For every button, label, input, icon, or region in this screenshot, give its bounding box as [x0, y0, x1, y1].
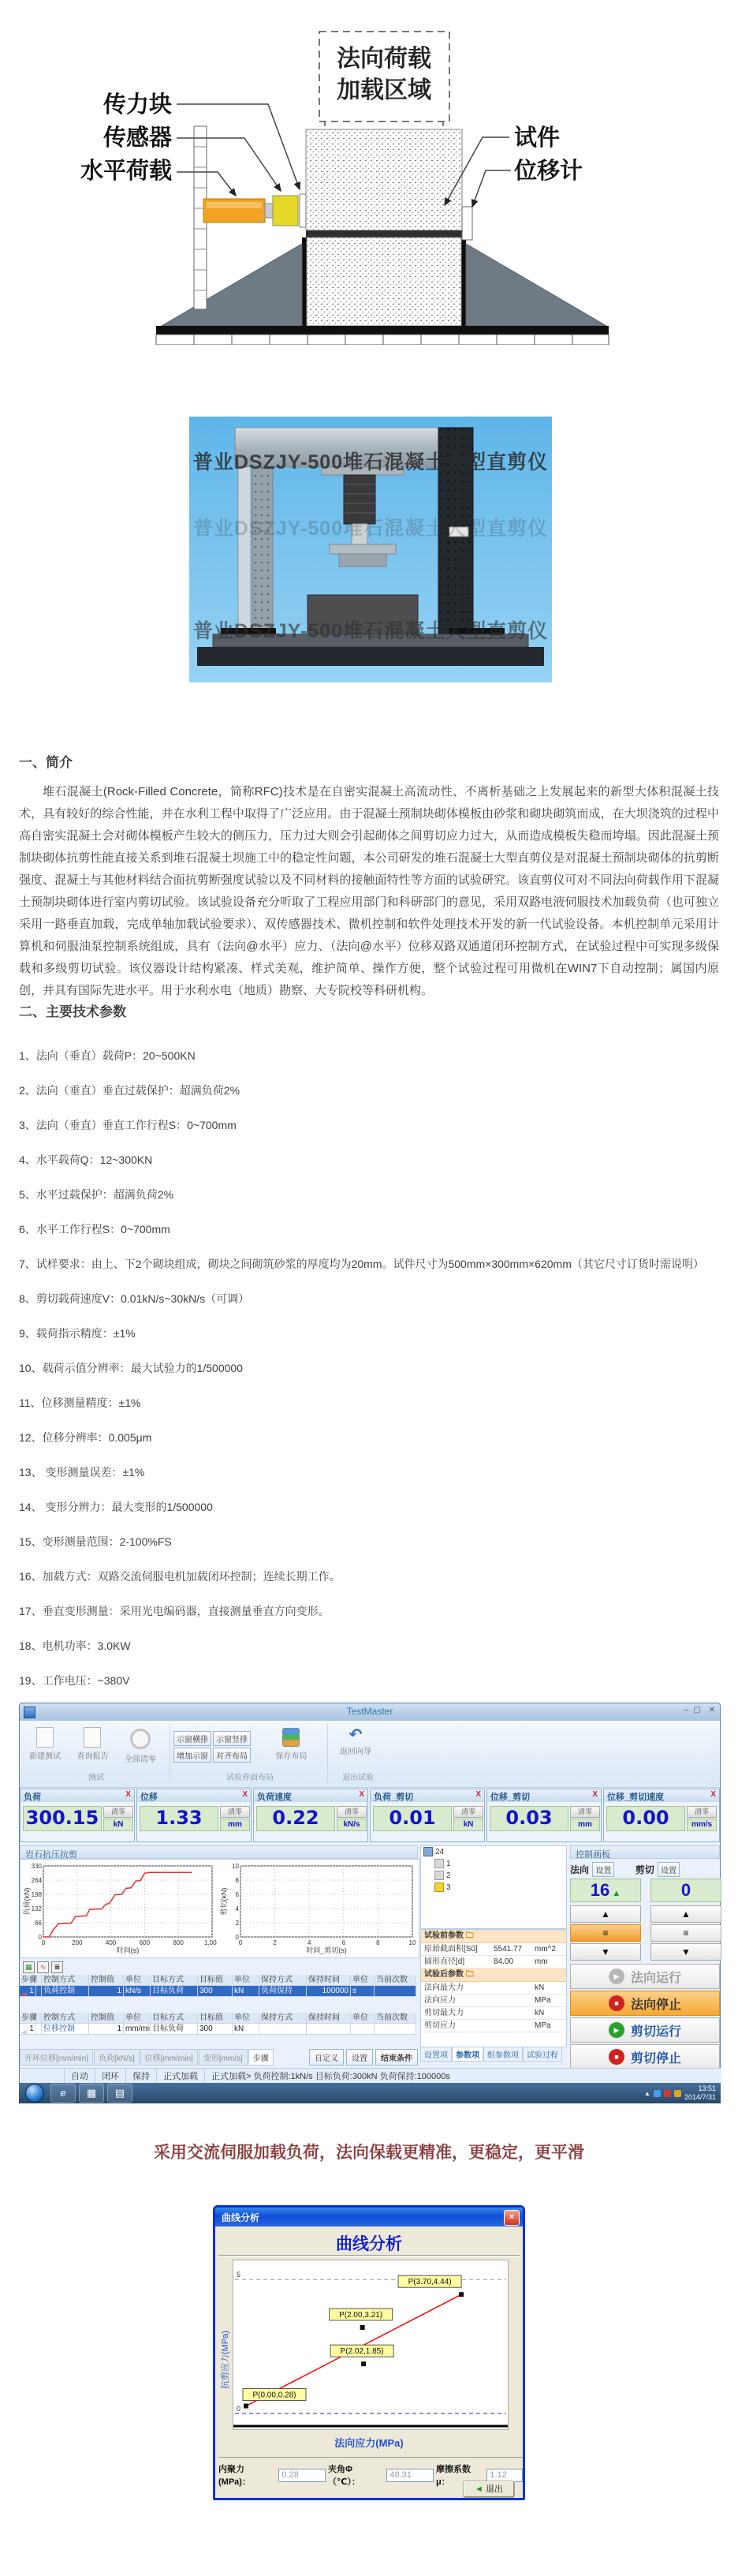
status-mode: 自动 [65, 2069, 95, 2083]
svg-text:66: 66 [35, 1920, 42, 1927]
tree-item-active-icon [434, 1882, 444, 1892]
shear-load-unit: kN [453, 1819, 483, 1831]
shear-load-value: 0.01 [373, 1806, 452, 1831]
right-support-wedge [466, 244, 606, 326]
shear-hold-button[interactable]: ≡ [650, 1924, 721, 1942]
add-window-button[interactable]: 增加示窗 [173, 1748, 211, 1763]
curve-view-icon[interactable]: ∿ [37, 1961, 49, 1973]
shear-displacement-value: 0.03 [490, 1806, 568, 1831]
svg-text:10: 10 [232, 1863, 239, 1870]
shear-step-table-row[interactable]: ➾1位移控制1mm/min目标负荷300kN [20, 2024, 416, 2035]
meter-close-icon[interactable]: X [359, 1790, 364, 1799]
shear-stage-display: 0 [650, 1879, 721, 1902]
tree-item[interactable]: 2 [421, 1870, 566, 1882]
spec-item: 18、电机功率：3.0KW [19, 1628, 729, 1663]
normal-channel-label: 法向 [570, 1864, 589, 1875]
displacement-gauge-device [462, 207, 472, 240]
back-to-wizard-button[interactable]: ↶返回向导 [330, 1724, 381, 1756]
param-tab-strip: 设置项参数项组参数项试验过程 [420, 2047, 565, 2062]
spec-item: 2、法向（垂直）垂直过载保护：超满负荷2% [19, 1073, 729, 1108]
displacement-value: 1.33 [140, 1806, 218, 1831]
tree-item-icon [434, 1871, 444, 1880]
status-bar: 自动 闭环 保持 正式加载 正式加载> 负荷控制:1kN/s 目标负荷:300k… [20, 2068, 721, 2083]
meter-shear-load: 负荷_剪切X 0.01 清零 kN [370, 1789, 485, 1842]
align-layout-button[interactable]: 对齐布局 [213, 1748, 251, 1763]
load-time-chart: 06613219826433002004006008001,000时间(s)负荷… [23, 1861, 217, 1954]
play-icon: ▶ [609, 2022, 624, 2038]
meter-load-speed: 负荷速度X 0.22 清零 kN/s [253, 1789, 368, 1842]
spec-item: 14、 变形分辨力：最大变形的1/500000 [19, 1490, 729, 1524]
step-table-header: 步骤控制方式控制值单位目标方式目标值单位保持方式保持时间单位当前次数 [20, 1975, 416, 1986]
svg-text:4: 4 [307, 1939, 311, 1946]
spec-item: 12、位移分辨率：0.005μm [19, 1420, 729, 1455]
save-layout-icon [282, 1728, 300, 1747]
dialog-titlebar[interactable]: 曲线分析 × [215, 2208, 523, 2226]
normal-up-button[interactable]: ▲ [570, 1905, 641, 1923]
left-support-wedge [162, 244, 302, 326]
base-plate [156, 326, 609, 335]
label-specimen: 试件 [514, 124, 560, 151]
close-button[interactable]: ✕ [709, 1706, 715, 1714]
servo-caption: 采用交流伺服加载负荷，法向保载更精准，更稳定，更平滑 [0, 2140, 738, 2163]
normal-hold-button[interactable]: ≡ [570, 1924, 641, 1942]
meter-close-icon[interactable]: X [592, 1790, 598, 1799]
start-button[interactable] [25, 2084, 44, 2103]
new-test-button[interactable]: 新建测试 [23, 1724, 67, 1761]
shear-time-chart: 02468100246810时间_剪切(s)剪切(kN) [220, 1861, 417, 1954]
spec-item: 17、垂直变形测量：采用光电编码器，直接测量垂直方向变形。 [19, 1594, 729, 1628]
shear-up-button[interactable]: ▲ [650, 1905, 721, 1923]
meter-close-icon[interactable]: X [125, 1790, 131, 1799]
group-label-layout: 试验界面布局 [173, 1770, 327, 1782]
shear-disp-speed-unit: mm/s [687, 1819, 717, 1831]
list-view-icon[interactable]: ≣ [51, 1961, 63, 1973]
step-table-row-selected[interactable]: ➜1负荷控制1kN/s目标负荷300kN负荷保持100000s [20, 1986, 416, 1997]
query-report-button[interactable]: 查询报告 [70, 1724, 114, 1761]
windows-taskbar: e ▦ ▤ ▲ 13:51 2014/7/31 [19, 2083, 721, 2103]
shear-step-table-header: 步骤控制方式控制值单位目标方式目标值单位保持方式保持时间单位当前次数 [20, 2013, 416, 2024]
mortar-joint [306, 230, 462, 237]
param-row[interactable]: 原始截面积[S0]5541.77mm^2 [421, 1943, 566, 1956]
specs-list: 1、法向（垂直）载荷P：20~500KN 2、法向（垂直）垂直过载保护：超满负荷… [19, 1038, 729, 1698]
divider [218, 2255, 520, 2256]
clear-button[interactable]: 清零 [220, 1806, 250, 1818]
shear-run-button[interactable]: ▶剪切运行 [570, 2017, 720, 2043]
x-axis-label: 法向应力(MPa) [215, 2435, 523, 2450]
param-row[interactable]: 圆形直径[d]84.00mm [421, 1956, 566, 1968]
control-panel-title: 控制画板 [570, 1845, 720, 1859]
meter-shear-displacement: 位移_剪切X 0.03 清零 mm [486, 1789, 602, 1842]
svg-text:剪切(kN): 剪切(kN) [220, 1888, 228, 1916]
push-plate [300, 194, 306, 227]
tab-deformation[interactable]: 变形[mm/s] [199, 2049, 248, 2066]
spec-item: 4、水平载荷Q：12~300KN [19, 1142, 729, 1177]
app-task-icon[interactable]: ▦ [79, 2084, 104, 2103]
tree-item[interactable]: 1 [421, 1858, 566, 1870]
normal-stage-display: 16 ▲ [570, 1879, 641, 1902]
normal-run-button[interactable]: ▶法向运行 [570, 1964, 720, 1989]
label-displacement-gauge: 位移计 [514, 158, 583, 184]
grid-view-icon[interactable]: ▦ [23, 1961, 35, 1973]
param-row[interactable]: 法向应力MPa [421, 1995, 566, 2007]
status-hold: 保持 [126, 2069, 157, 2083]
spec-item: 15、变形测量范围：2-100%FS [19, 1524, 729, 1559]
calculator-task-icon[interactable]: ▤ [107, 2084, 132, 2103]
meter-close-icon[interactable]: X [475, 1790, 481, 1799]
play-icon: ▶ [609, 1968, 624, 1984]
windows-horizontal-button[interactable]: 示窗横排 [173, 1731, 211, 1746]
custom-button[interactable]: 自定义 [309, 2049, 344, 2066]
window-title: TestMaster [20, 1706, 720, 1717]
lower-specimen-block [307, 237, 461, 326]
tray-network-icon[interactable] [654, 2090, 661, 2097]
status-loop: 闭环 [95, 2069, 126, 2083]
svg-text:330: 330 [32, 1863, 43, 1870]
spec-item: 7、试样要求：由上、下2个砌块组成，砌块之间砌筑砂浆的厚度均为20mm。试件尺寸… [19, 1247, 729, 1281]
param-row[interactable]: 剪切最大力kN [421, 2007, 566, 2020]
stage-up-icon: ▲ [609, 1889, 621, 1898]
tray-update-icon[interactable] [674, 2090, 681, 2097]
dialog-heading: 曲线分析 [215, 2231, 523, 2255]
angle-input[interactable]: 48.31 [386, 2469, 434, 2482]
upper-specimen-block [306, 129, 462, 230]
svg-text:2: 2 [236, 1920, 240, 1927]
shear-down-button[interactable]: ▼ [650, 1943, 721, 1961]
svg-text:时间_剪切(s): 时间_剪切(s) [306, 1946, 347, 1954]
meter-load: 负荷X 300.15 清零 kN [20, 1789, 135, 1842]
clear-button[interactable]: 清零 [570, 1806, 600, 1818]
tab-displacement[interactable]: 位移[mm/min] [140, 2049, 198, 2066]
windows-vertical-button[interactable]: 示窗竖排 [213, 1731, 251, 1746]
machine-photo: 普业DSZJY-500堆石混凝土大型直剪仪 普业DSZJY-500堆石混凝土大型… [189, 417, 552, 682]
ie-icon[interactable]: e [50, 2084, 76, 2103]
tab-group-params[interactable]: 组参数项 [483, 2047, 523, 2062]
svg-text:0: 0 [237, 2405, 240, 2413]
spec-item: 11、位移测量精度：±1% [19, 1385, 729, 1420]
svg-text:P(2.00,3.21): P(2.00,3.21) [339, 2311, 382, 2320]
svg-text:10: 10 [409, 1939, 416, 1946]
channel-tab-strip: 开环位移[mm/min]负荷[kN/s]位移[mm/min]变形[mm/s]步骤… [20, 2049, 418, 2066]
clear-button[interactable]: 清零 [687, 1806, 717, 1818]
load-sensor-block [273, 196, 298, 226]
tree-item[interactable]: 3 [421, 1882, 566, 1894]
clear-button[interactable]: 清零 [337, 1806, 367, 1818]
spec-item: 5、水平过载保护：超满负荷2% [19, 1177, 729, 1212]
svg-text:1,000: 1,000 [204, 1939, 217, 1946]
status-detail: 正式加载> 负荷控制:1kN/s 目标负荷:300kN 负荷保持:100000s [205, 2069, 457, 2083]
base-rail [156, 335, 609, 345]
schematic-svg: 法向荷载 加载区域 [0, 9, 738, 345]
label-normal-load-line2: 加载区域 [337, 77, 432, 103]
exit-icon: ◄ [475, 2484, 486, 2494]
intro-heading: 一、简介 [19, 751, 73, 771]
svg-text:0: 0 [42, 1939, 46, 1946]
taskbar-clock[interactable]: 13:51 2014/7/31 [684, 2084, 716, 2102]
chart-panel-title: 岩石抗压抗剪 [20, 1845, 418, 1859]
spec-item: 6、水平工作行程S：0~700mm [19, 1212, 729, 1247]
meter-close-icon[interactable]: X [710, 1790, 716, 1799]
back-arrow-icon: ↶ [330, 1725, 381, 1744]
watermark-line-2: 普业DSZJY-500堆石混凝土大型直剪仪 [189, 513, 552, 541]
folder-icon: 🗀 [466, 1970, 474, 1979]
normal-stop-button[interactable]: ■法向停止 [570, 1991, 720, 2016]
cohesion-label: 内聚力(MPa)： [218, 2462, 276, 2488]
tab-open-loop-displacement[interactable]: 开环位移[mm/min] [20, 2049, 93, 2066]
svg-text:600: 600 [140, 1939, 151, 1946]
label-sensor: 传感器 [103, 125, 172, 151]
tray-security-icon[interactable] [664, 2090, 671, 2097]
spec-item: 1、法向（垂直）载荷P：20~500KN [19, 1038, 729, 1073]
ribbon-group-exit: ↶返回向导 退出试验 [330, 1724, 386, 1782]
status-stage: 正式加载 [157, 2069, 205, 2083]
shear-stop-button[interactable]: ■剪切停止 [570, 2044, 720, 2069]
exit-button[interactable]: ◄ 退出 [463, 2481, 515, 2498]
svg-text:8: 8 [236, 1877, 240, 1884]
svg-text:4: 4 [236, 1905, 240, 1912]
new-test-icon [36, 1727, 54, 1748]
spec-item: 16、加载方式：双路交流伺服电机加载闭环控制；连续长期工作。 [19, 1559, 729, 1594]
spec-item: 13、 变形测量误差：±1% [19, 1455, 729, 1490]
dialog-title: 曲线分析 [222, 2211, 259, 2224]
svg-text:时间(s): 时间(s) [117, 1946, 140, 1954]
displacement-unit: mm [220, 1819, 250, 1831]
label-normal-load-line1: 法向荷载 [337, 46, 431, 72]
tab-load[interactable]: 负荷[kN/s] [94, 2049, 140, 2066]
tree-root-icon [423, 1847, 433, 1856]
clear-all-icon [130, 1729, 151, 1749]
normal-setting-button[interactable]: 设置 [592, 1862, 614, 1877]
meter-close-icon[interactable]: X [242, 1790, 248, 1799]
post-test-params-header[interactable]: 试验后参数 🗀 [421, 1968, 566, 1982]
svg-text:6: 6 [342, 1939, 346, 1946]
watermark-line-1: 普业DSZJY-500堆石混凝土大型直剪仪 [189, 447, 552, 475]
friction-input[interactable]: 1.12 [486, 2469, 523, 2482]
tab-test-process[interactable]: 试验过程 [523, 2047, 562, 2062]
clear-button[interactable]: 清零 [453, 1806, 483, 1818]
curve-analysis-dialog: 曲线分析 × 曲线分析 抗剪应力(MPa) 50P(0.00,0.28)P(2.… [213, 2205, 525, 2500]
clear-button[interactable]: 清零 [103, 1806, 133, 1818]
svg-text:P(2.02,1.85): P(2.02,1.85) [341, 2347, 384, 2356]
folder-icon: 🗀 [466, 1931, 474, 1940]
shear-test-schematic: 法向荷载 加载区域 [0, 9, 738, 349]
spec-item: 10、载荷示值分辨率：最大试验力的1/500000 [19, 1351, 729, 1385]
ribbon-group-test: 新建测试 查询报告 全部清零 测试 [23, 1724, 170, 1782]
group-label-test: 测试 [23, 1770, 170, 1782]
svg-text:5: 5 [237, 2271, 240, 2279]
meter-shear-disp-speed: 位移_剪切速度X 0.00 清零 mm/s [603, 1789, 720, 1842]
pre-test-params-header[interactable]: 试验前参数 🗀 [421, 1930, 566, 1943]
product-page: 法向荷载 加载区域 [0, 0, 738, 2576]
param-row[interactable]: 剪切应力MPa [421, 2020, 566, 2032]
shear-channel-label: 剪切 [635, 1864, 654, 1875]
window-titlebar[interactable]: TestMaster – ▢ ✕ [20, 1703, 720, 1722]
group-label-exit: 退出试验 [330, 1770, 386, 1782]
angle-label: 夹角Φ（℃）： [328, 2462, 384, 2488]
svg-text:200: 200 [72, 1939, 83, 1946]
svg-text:负荷(kN): 负荷(kN) [23, 1888, 31, 1916]
channel-labels: 法向 设置 剪切 设置 [570, 1861, 720, 1878]
clock-date: 2014/7/31 [684, 2093, 716, 2101]
svg-text:198: 198 [32, 1891, 43, 1898]
tray-expand-icon[interactable]: ▲ [644, 2090, 650, 2097]
clear-all-button[interactable]: 全部清零 [118, 1724, 162, 1764]
charts-area: 06613219826433002004006008001,000时间(s)负荷… [20, 1859, 419, 1958]
cohesion-input[interactable]: 0.28 [278, 2469, 326, 2482]
meter-displacement: 位移X 1.33 清零 mm [136, 1789, 252, 1842]
load-speed-value: 0.22 [256, 1806, 335, 1831]
stop-icon: ■ [609, 1995, 624, 2011]
clock-time: 13:51 [698, 2084, 716, 2092]
specs-heading: 二、主要技术参数 [19, 1000, 126, 1020]
param-row[interactable]: 法向最大力kN [421, 1982, 566, 1995]
label-horizontal-load: 水平荷载 [80, 158, 172, 184]
minimize-button[interactable]: – [684, 1706, 688, 1714]
svg-text:2: 2 [273, 1939, 277, 1946]
tree-root[interactable]: 24 [421, 1846, 566, 1858]
chart-toolbar: ▦∿≣ [23, 1959, 65, 1973]
test-tree: 24 1 2 3 [420, 1845, 567, 1929]
load-value: 300.15 [23, 1806, 102, 1831]
maximize-button[interactable]: ▢ [694, 1706, 701, 1714]
load-unit: kN [103, 1819, 133, 1831]
svg-text:6: 6 [236, 1891, 240, 1898]
spec-item: 3、法向（垂直）垂直工作行程S：0~700mm [19, 1108, 729, 1142]
ribbon: 新建测试 查询报告 全部清零 测试 示窗横排示窗竖排 增加示窗对齐布局 保存布局… [20, 1721, 720, 1788]
system-tray: ▲ 13:51 2014/7/31 [644, 2084, 721, 2102]
svg-text:P(3.70,4.44): P(3.70,4.44) [408, 2278, 452, 2286]
spec-item: 9、载荷指示精度：±1% [19, 1316, 729, 1351]
ribbon-group-layout: 示窗横排示窗竖排 增加示窗对齐布局 保存布局 试验界面布局 [173, 1724, 328, 1782]
svg-text:8: 8 [376, 1939, 380, 1946]
tab-steps[interactable]: 步骤 [248, 2049, 274, 2066]
y-axis-label: 抗剪应力(MPa) [218, 2331, 231, 2389]
label-force-block: 传力块 [103, 92, 172, 118]
spec-item: 19、工作电压：~380V [19, 1663, 729, 1698]
tree-item-icon [434, 1859, 444, 1868]
parameter-grid: 试验前参数 🗀 原始截面积[S0]5541.77mm^2 圆形直径[d]84.0… [420, 1929, 567, 2047]
tab-params-item[interactable]: 参数项 [452, 2047, 483, 2062]
report-icon [84, 1727, 101, 1748]
svg-text:800: 800 [173, 1939, 184, 1946]
tab-settings-item[interactable]: 设置项 [420, 2047, 452, 2062]
save-layout-button[interactable]: 保存布局 [267, 1724, 315, 1761]
intro-paragraph: 堆石混凝土(Rock-Filled Concrete，简称RFC)技术是在自密实… [19, 781, 719, 1002]
stop-icon: ■ [609, 2049, 624, 2065]
setting-button[interactable]: 设置 [346, 2049, 373, 2066]
normal-down-button[interactable]: ▼ [570, 1943, 641, 1961]
end-condition-button[interactable]: 结束条件 [375, 2049, 418, 2066]
spec-item: 8、剪切载荷速度V：0.01kN/s~30kN/s（可调） [19, 1281, 729, 1316]
svg-text:0: 0 [239, 1939, 243, 1946]
shear-disp-speed-value: 0.00 [606, 1806, 685, 1831]
shear-normal-stress-chart: 50P(0.00,0.28)P(2.02,1.85)P(2.00,3.21)P(… [233, 2260, 509, 2430]
shear-displacement-unit: mm [570, 1819, 600, 1831]
svg-text:264: 264 [32, 1877, 43, 1884]
shear-setting-button[interactable]: 设置 [658, 1862, 680, 1877]
svg-text:132: 132 [32, 1905, 43, 1912]
watermark-line-3: 普业DSZJY-500堆石混凝土大型直剪仪 [189, 615, 552, 644]
svg-text:P(0.00,0.28): P(0.00,0.28) [252, 2391, 296, 2399]
svg-text:400: 400 [106, 1939, 117, 1946]
dialog-close-icon[interactable]: × [504, 2210, 520, 2226]
load-speed-unit: kN/s [337, 1819, 367, 1831]
left-column [252, 467, 273, 634]
testmaster-window: TestMaster – ▢ ✕ 新建测试 查询报告 全部清零 测试 示窗横排示… [19, 1703, 721, 2083]
